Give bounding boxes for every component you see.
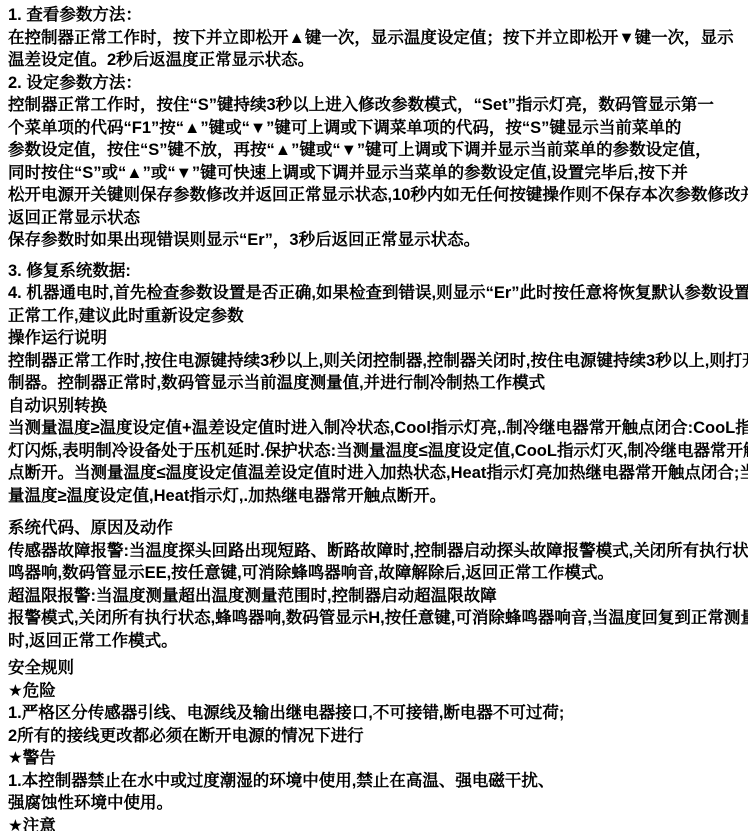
text-line: 量温度≥温度设定值,Heat指示灯,.加热继电器常开触点断开。: [8, 485, 748, 508]
block-set-params-method: 2. 设定参数方法：控制器正常工作时，按住“S”键持续3秒以上进入修改参数模式，…: [8, 72, 748, 252]
text-line: 鸣器响,数码管显示EE,按任意键,可消除蜂鸣器响音,故障解除后,返回正常工作模式…: [8, 562, 748, 585]
text-line: 控制器正常工作时，按住“S”键持续3秒以上进入修改参数模式，“Set”指示灯亮，…: [8, 94, 748, 117]
text-line: 点断开。当测量温度≤温度设定值温差设定值时进入加热状态,Heat指示灯亮加热继电…: [8, 462, 748, 485]
text-line: 2. 设定参数方法：: [8, 72, 748, 95]
text-line: 参数设定值，按住“S”键不放，再按“▲”键或“▼”键可上调或下调并显示当前菜单的…: [8, 139, 748, 162]
text-line: 当测量温度≥温度设定值+温差设定值时进入制冷状态,Cool指示灯亮,.制冷继电器…: [8, 417, 748, 440]
text-line: 1.严格区分传感器引线、电源线及输出继电器接口,不可接错,断电器不可过荷;: [8, 702, 748, 725]
text-line: ★警告: [8, 747, 748, 770]
text-line: 个菜单项的代码“F1”按“▲”键或“▼”键可上调或下调菜单项的代码，按“S”键显…: [8, 117, 748, 140]
text-line: 系统代码、原因及动作: [8, 517, 748, 540]
text-line: 正常工作,建议此时重新设定参数: [8, 305, 748, 328]
text-line: 保存参数时如果出现错误则显示“Er”，3秒后返回正常显示状态。: [8, 229, 748, 252]
text-line: 松开电源开关键则保存参数修改并返回正常显示状态,10秒内如无任何按键操作则不保存…: [8, 184, 748, 207]
block-system-codes: 系统代码、原因及动作传感器故障报警:当温度探头回路出现短路、断路故障时,控制器启…: [8, 517, 748, 585]
text-line: 控制器正常工作时,按住电源键持续3秒以上,则关闭控制器,控制器关闭时,按住电源键…: [8, 350, 748, 373]
block-operation-instructions: 操作运行说明控制器正常工作时,按住电源键持续3秒以上,则关闭控制器,控制器关闭时…: [8, 327, 748, 395]
block-restore-system-data: 3. 修复系统数据:4. 机器通电时,首先检查参数设置是否正确,如果检查到错误,…: [8, 260, 748, 328]
block-auto-mode-switch: 自动识别转换当测量温度≥温度设定值+温差设定值时进入制冷状态,Cool指示灯亮,…: [8, 395, 748, 508]
text-line: 灯闪烁,表明制冷设备处于压机延时.保护状态:当测量温度≤温度设定值,CooL指示…: [8, 440, 748, 463]
block-over-temp-alarm: 超温限报警:当温度测量超出温度测量范围时,控制器启动超温限故障报警模式,关闭所有…: [8, 585, 748, 653]
text-line: 安全规则: [8, 657, 748, 680]
block-safety-rules: 安全规则★危险1.严格区分传感器引线、电源线及输出继电器接口,不可接错,断电器不…: [8, 657, 748, 831]
text-line: 制器。控制器正常时,数码管显示当前温度测量值,并进行制冷制热工作模式: [8, 372, 748, 395]
text-line: 1. 查看参数方法：: [8, 4, 748, 27]
text-line: 操作运行说明: [8, 327, 748, 350]
text-line: 时,返回正常工作模式。: [8, 630, 748, 653]
text-line: 1.本控制器禁止在水中或过度潮湿的环境中使用,禁止在高温、强电磁干扰、: [8, 770, 748, 793]
text-line: 2所有的接线更改都必须在断开电源的情况下进行: [8, 725, 748, 748]
text-line: 自动识别转换: [8, 395, 748, 418]
text-line: 3. 修复系统数据:: [8, 260, 748, 283]
text-line: 报警模式,关闭所有执行状态,蜂鸣器响,数码管显示H,按任意键,可消除蜂鸣器响音,…: [8, 607, 748, 630]
text-line: ★注意: [8, 815, 748, 831]
text-line: 强腐蚀性环境中使用。: [8, 792, 748, 815]
block-view-params-method: 1. 查看参数方法：在控制器正常工作时，按下并立即松开▲键一次，显示温度设定值；…: [8, 4, 748, 72]
text-line: 4. 机器通电时,首先检查参数设置是否正确,如果检查到错误,则显示“Er”此时按…: [8, 282, 748, 305]
text-line: 超温限报警:当温度测量超出温度测量范围时,控制器启动超温限故障: [8, 585, 748, 608]
text-line: 返回正常显示状态: [8, 207, 748, 230]
text-line: 同时按住“S”或“▲”或“▼”键可快速上调或下调并显示当菜单的参数设定值,设置完…: [8, 162, 748, 185]
document-body: 1. 查看参数方法：在控制器正常工作时，按下并立即松开▲键一次，显示温度设定值；…: [0, 0, 750, 831]
manual-page: 1. 查看参数方法：在控制器正常工作时，按下并立即松开▲键一次，显示温度设定值；…: [0, 0, 750, 831]
text-line: 在控制器正常工作时，按下并立即松开▲键一次，显示温度设定值；按下并立即松开▼键一…: [8, 27, 748, 50]
text-line: 温差设定值。2秒后返温度正常显示状态。: [8, 49, 748, 72]
text-line: 传感器故障报警:当温度探头回路出现短路、断路故障时,控制器启动探头故障报警模式,…: [8, 540, 748, 563]
text-line: ★危险: [8, 680, 748, 703]
